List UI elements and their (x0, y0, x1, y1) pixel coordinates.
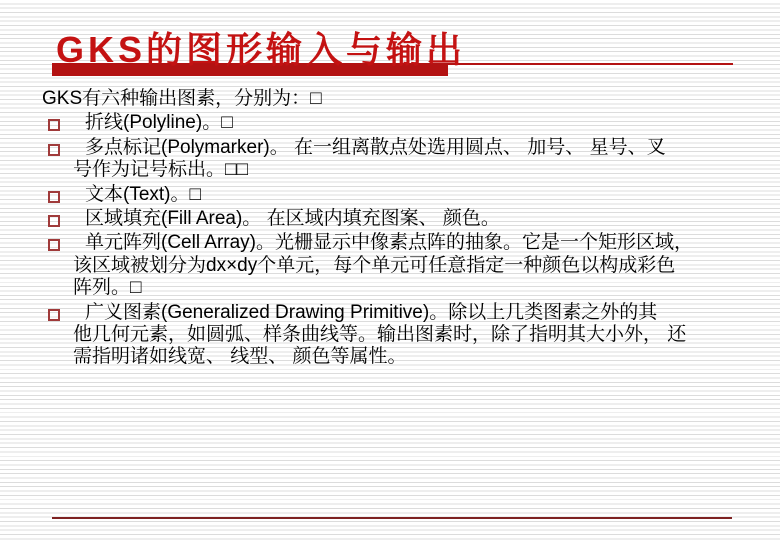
intro-line: GKS有六种输出图素，分别为：□ (42, 88, 748, 110)
bullet-item-polymarker: 多点标记(Polymarker)。 在一组离散点处选用圆点、 加号、 星号、叉 … (42, 137, 748, 182)
bullet-text: 阵列。□ (73, 277, 748, 299)
bullet-item-cell-array: 单元阵列(Cell Array)。光栅显示中像素点阵的抽象。它是一个矩形区域， … (42, 232, 748, 299)
bullet-square-icon (48, 215, 60, 227)
slide-body: GKS有六种输出图素，分别为：□ 折线(Polyline)。□ 多点标记(Pol… (42, 88, 748, 369)
bullet-text: 区域填充(Fill Area)。 在区域内填充图案、 颜色。 (85, 208, 748, 230)
bullet-item-fill-area: 区域填充(Fill Area)。 在区域内填充图案、 颜色。 (42, 208, 748, 230)
bullet-text: 需指明诸如线宽、 线型、 颜色等属性。 (73, 346, 748, 368)
bullet-square-icon (48, 191, 60, 203)
bullet-text: 单元阵列(Cell Array)。光栅显示中像素点阵的抽象。它是一个矩形区域， (85, 232, 748, 254)
bullet-text: 折线(Polyline)。□ (85, 112, 748, 134)
bullet-text: 号作为记号标出。□□ (73, 159, 748, 181)
bullet-text: 文本(Text)。□ (85, 184, 748, 206)
footer-rule (52, 517, 732, 519)
bullet-square-icon (48, 144, 60, 156)
presentation-slide: GKS的图形输入与输出 GKS有六种输出图素，分别为：□ 折线(Polyline… (0, 0, 780, 540)
bullet-square-icon (48, 309, 60, 321)
bullet-text: 多点标记(Polymarker)。 在一组离散点处选用圆点、 加号、 星号、叉 (85, 137, 748, 159)
bullet-item-text: 文本(Text)。□ (42, 184, 748, 206)
bullet-item-polyline: 折线(Polyline)。□ (42, 112, 748, 134)
bullet-text: 该区域被划分为dx×dy个单元，每个单元可任意指定一种颜色以构成彩色 (73, 255, 748, 277)
slide-title: GKS的图形输入与输出 (56, 30, 466, 70)
bullet-item-gdp: 广义图素(Generalized Drawing Primitive)。除以上几… (42, 302, 748, 369)
bullet-text: 他几何元素，如圆弧、样条曲线等。输出图素时，除了指明其大小外， 还 (73, 324, 748, 346)
bullet-text: 广义图素(Generalized Drawing Primitive)。除以上几… (85, 302, 748, 324)
bullet-square-icon (48, 119, 60, 131)
bullet-square-icon (48, 239, 60, 251)
